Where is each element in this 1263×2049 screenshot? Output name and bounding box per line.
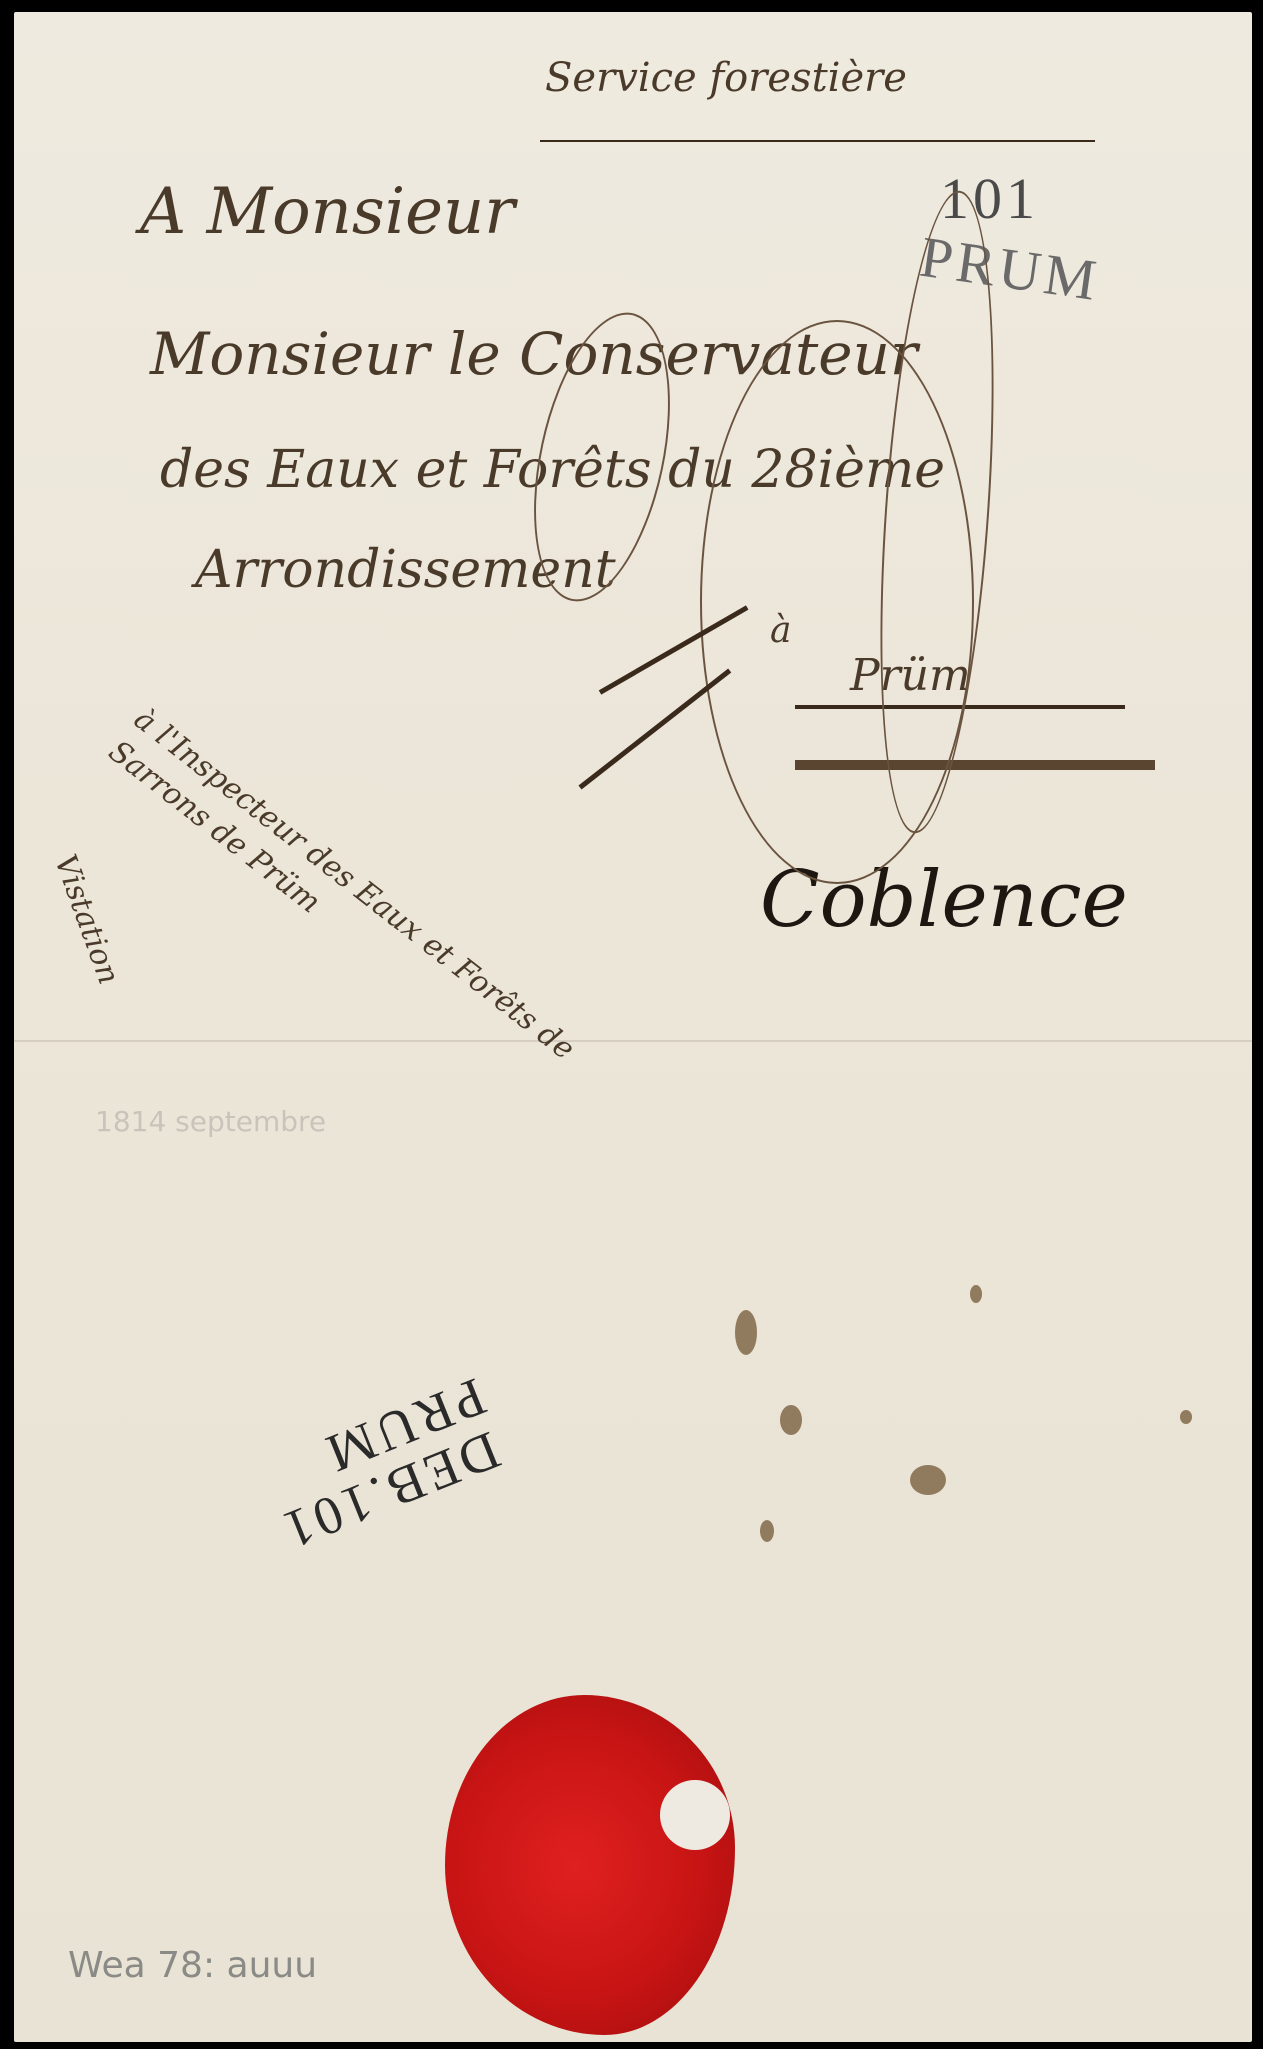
wax-seal-chip xyxy=(660,1780,730,1850)
ink-blot xyxy=(760,1520,774,1542)
ink-blot xyxy=(1180,1410,1192,1424)
ink-blot xyxy=(910,1465,946,1495)
pencil-note-bottom: Wea 78: auuu xyxy=(68,1945,317,1986)
ink-blot xyxy=(780,1405,802,1435)
paper-fold xyxy=(14,1040,1252,1042)
address-line-1: A Monsieur xyxy=(140,175,515,249)
header-underline xyxy=(540,140,1095,142)
ink-blot xyxy=(970,1285,982,1303)
ink-blot xyxy=(735,1310,757,1355)
rate-oval-3 xyxy=(700,320,974,884)
header-note: Service forestière xyxy=(545,55,907,101)
pencil-note-middle: 1814 septembre xyxy=(95,1105,326,1138)
